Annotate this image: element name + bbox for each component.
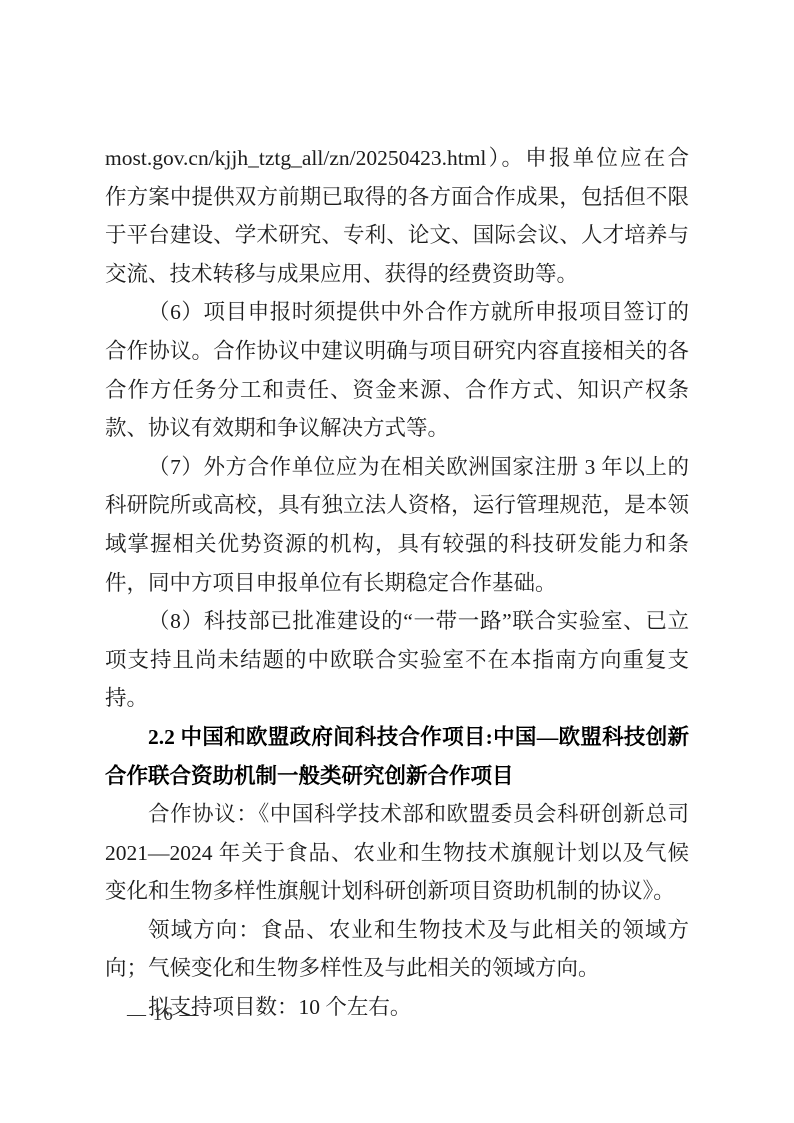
page-number: — 16 —: [127, 1001, 200, 1029]
document-body: most.gov.cn/kjjh_tztg_all/zn/20250423.ht…: [105, 139, 689, 1027]
paragraph-item-7: （7）外方合作单位应为在相关欧洲国家注册 3 年以上的科研院所或高校，具有独立法…: [105, 448, 689, 602]
paragraph-agreement: 合作协议：《中国科学技术部和欧盟委员会科研创新总司 2021—2024 年关于食…: [105, 795, 689, 911]
paragraph-continuation: most.gov.cn/kjjh_tztg_all/zn/20250423.ht…: [105, 139, 689, 293]
paragraph-fields: 领域方向：食品、农业和生物技术及与此相关的领域方向；气候变化和生物多样性及与此相…: [105, 911, 689, 988]
paragraph-item-6: （6）项目申报时须提供中外合作方就所申报项目签订的合作协议。合作协议中建议明确与…: [105, 293, 689, 447]
document-page: most.gov.cn/kjjh_tztg_all/zn/20250423.ht…: [0, 0, 794, 1123]
paragraph-item-8: （8）科技部已批准建设的“一带一路”联合实验室、已立项支持且尚未结题的中欧联合实…: [105, 602, 689, 718]
section-heading-2-2: 2.2 中国和欧盟政府间科技合作项目:中国—欧盟科技创新合作联合资助机制一般类研…: [105, 718, 689, 795]
